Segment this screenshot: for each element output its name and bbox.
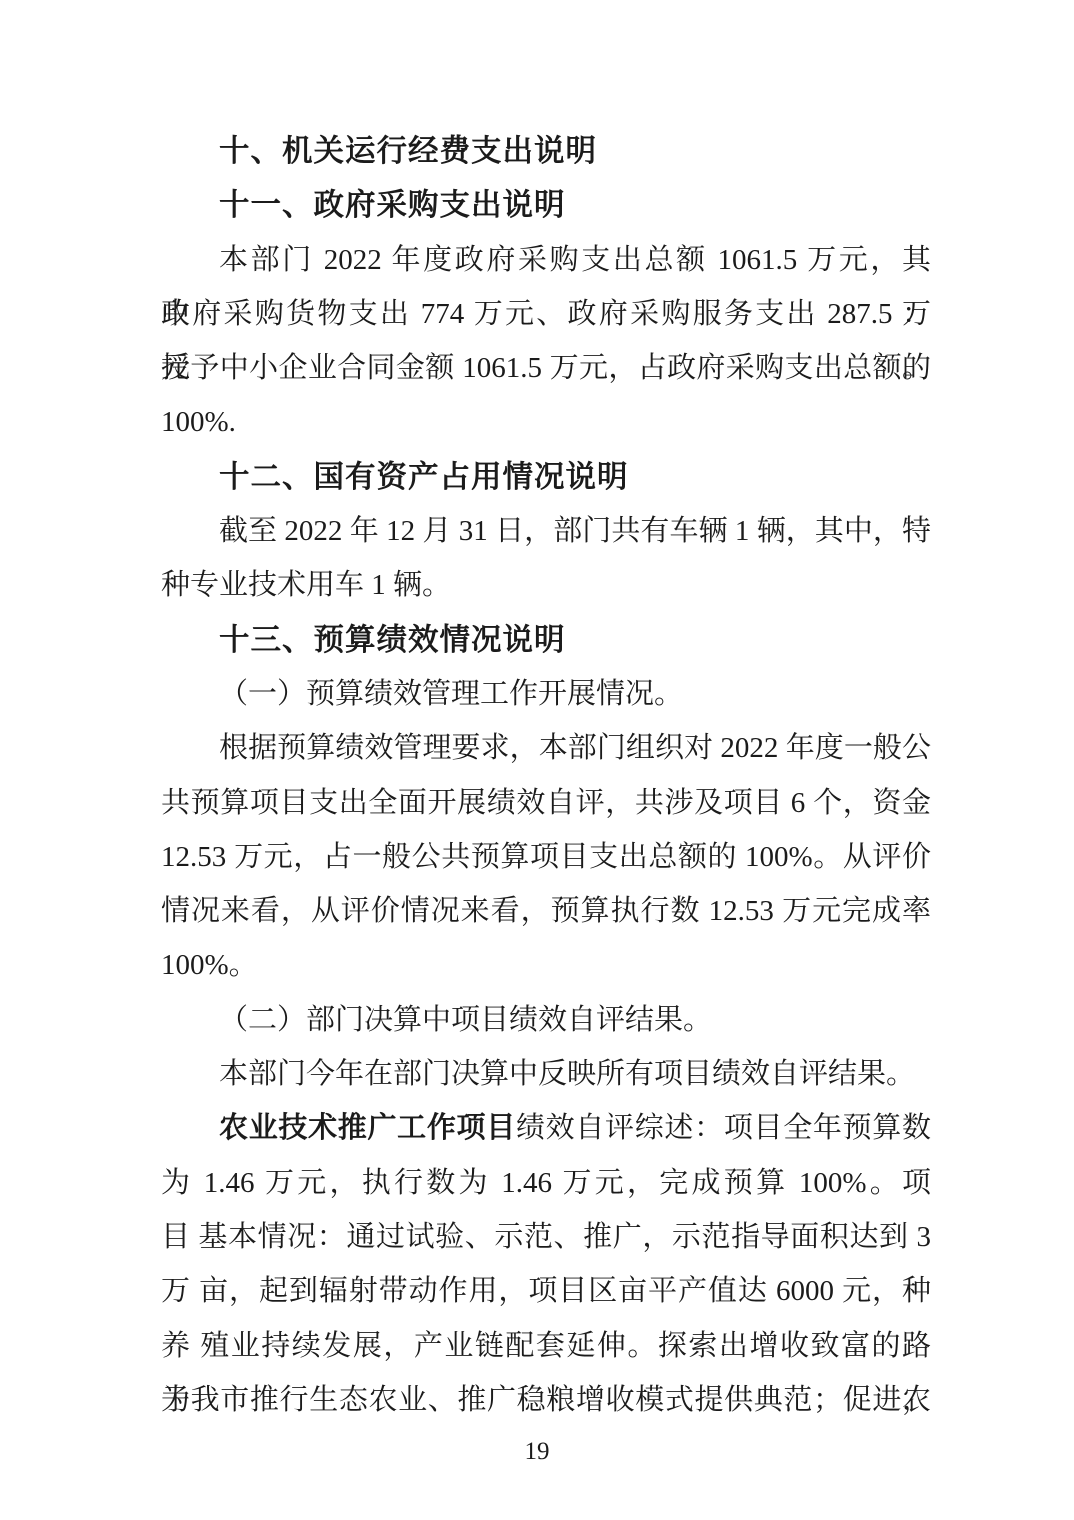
- paragraph-line: （二）部门决算中项目绩效自评结果。: [161, 993, 931, 1047]
- paragraph-line: （一）预算绩效管理工作开展情况。: [161, 667, 931, 721]
- paragraph-line: 为 1.46 万元，执行数为 1.46 万元，完成预算 100%。项: [161, 1156, 931, 1210]
- section-heading-10: 十、机关运行经费支出说明: [161, 124, 931, 178]
- paragraph-line: 情况来看，从评价情况来看，预算执行数 12.53 万元完成率: [161, 884, 931, 938]
- project-name-bold-text: 农业技术推广工作项目: [219, 1112, 516, 1144]
- paragraph-line: 截至 2022 年 12 月 31 日，部门共有车辆 1 辆，其中，特: [161, 504, 931, 558]
- paragraph-line: 根据预算绩效管理要求，本部门组织对 2022 年度一般公: [161, 721, 931, 775]
- paragraph-line: 种专业技术用车 1 辆。: [161, 558, 931, 612]
- document-body: 十、机关运行经费支出说明 十一、政府采购支出说明 本部门 2022 年度政府采购…: [161, 124, 931, 1427]
- section-heading-11: 十一、政府采购支出说明: [161, 178, 931, 232]
- paragraph-line: 养 殖业持续发展，产业链配套延伸。探索出增收致富的路子，: [161, 1319, 931, 1373]
- paragraph-line: 为我市推行生态农业、推广稳粮增收模式提供典范；促进农: [161, 1373, 931, 1427]
- paragraph-line: 共预算项目支出全面开展绩效自评，共涉及项目 6 个，资金: [161, 776, 931, 830]
- paragraph-line: 目 基本情况：通过试验、示范、推广，示范指导面积达到 3: [161, 1210, 931, 1264]
- page-number: 19: [0, 1438, 1074, 1466]
- section-heading-13: 十三、预算绩效情况说明: [161, 613, 931, 667]
- paragraph-line-with-bold-run: 农业技术推广工作项目绩效自评综述：项目全年预算数: [161, 1101, 931, 1155]
- paragraph-line: 授予中小企业合同金额 1061.5 万元，占政府采购支出总额的: [161, 341, 931, 395]
- paragraph-line: 12.53 万元，占一般公共预算项目支出总额的 100%。从评价: [161, 830, 931, 884]
- section-heading-12: 十二、国有资产占用情况说明: [161, 450, 931, 504]
- paragraph-line: 政府采购货物支出 774 万元、政府采购服务支出 287.5 万元。: [161, 287, 931, 341]
- paragraph-line: 100%.: [161, 395, 931, 449]
- document-page: 十、机关运行经费支出说明 十一、政府采购支出说明 本部门 2022 年度政府采购…: [0, 0, 1074, 1520]
- paragraph-line: 本部门 2022 年度政府采购支出总额 1061.5 万元，其中：: [161, 233, 931, 287]
- paragraph-line: 本部门今年在部门决算中反映所有项目绩效自评结果。: [161, 1047, 931, 1101]
- paragraph-line: 100%。: [161, 938, 931, 992]
- paragraph-line: 万 亩，起到辐射带动作用，项目区亩平产值达 6000 元，种: [161, 1264, 931, 1318]
- paragraph-text: 绩效自评综述：项目全年预算数: [516, 1112, 931, 1144]
